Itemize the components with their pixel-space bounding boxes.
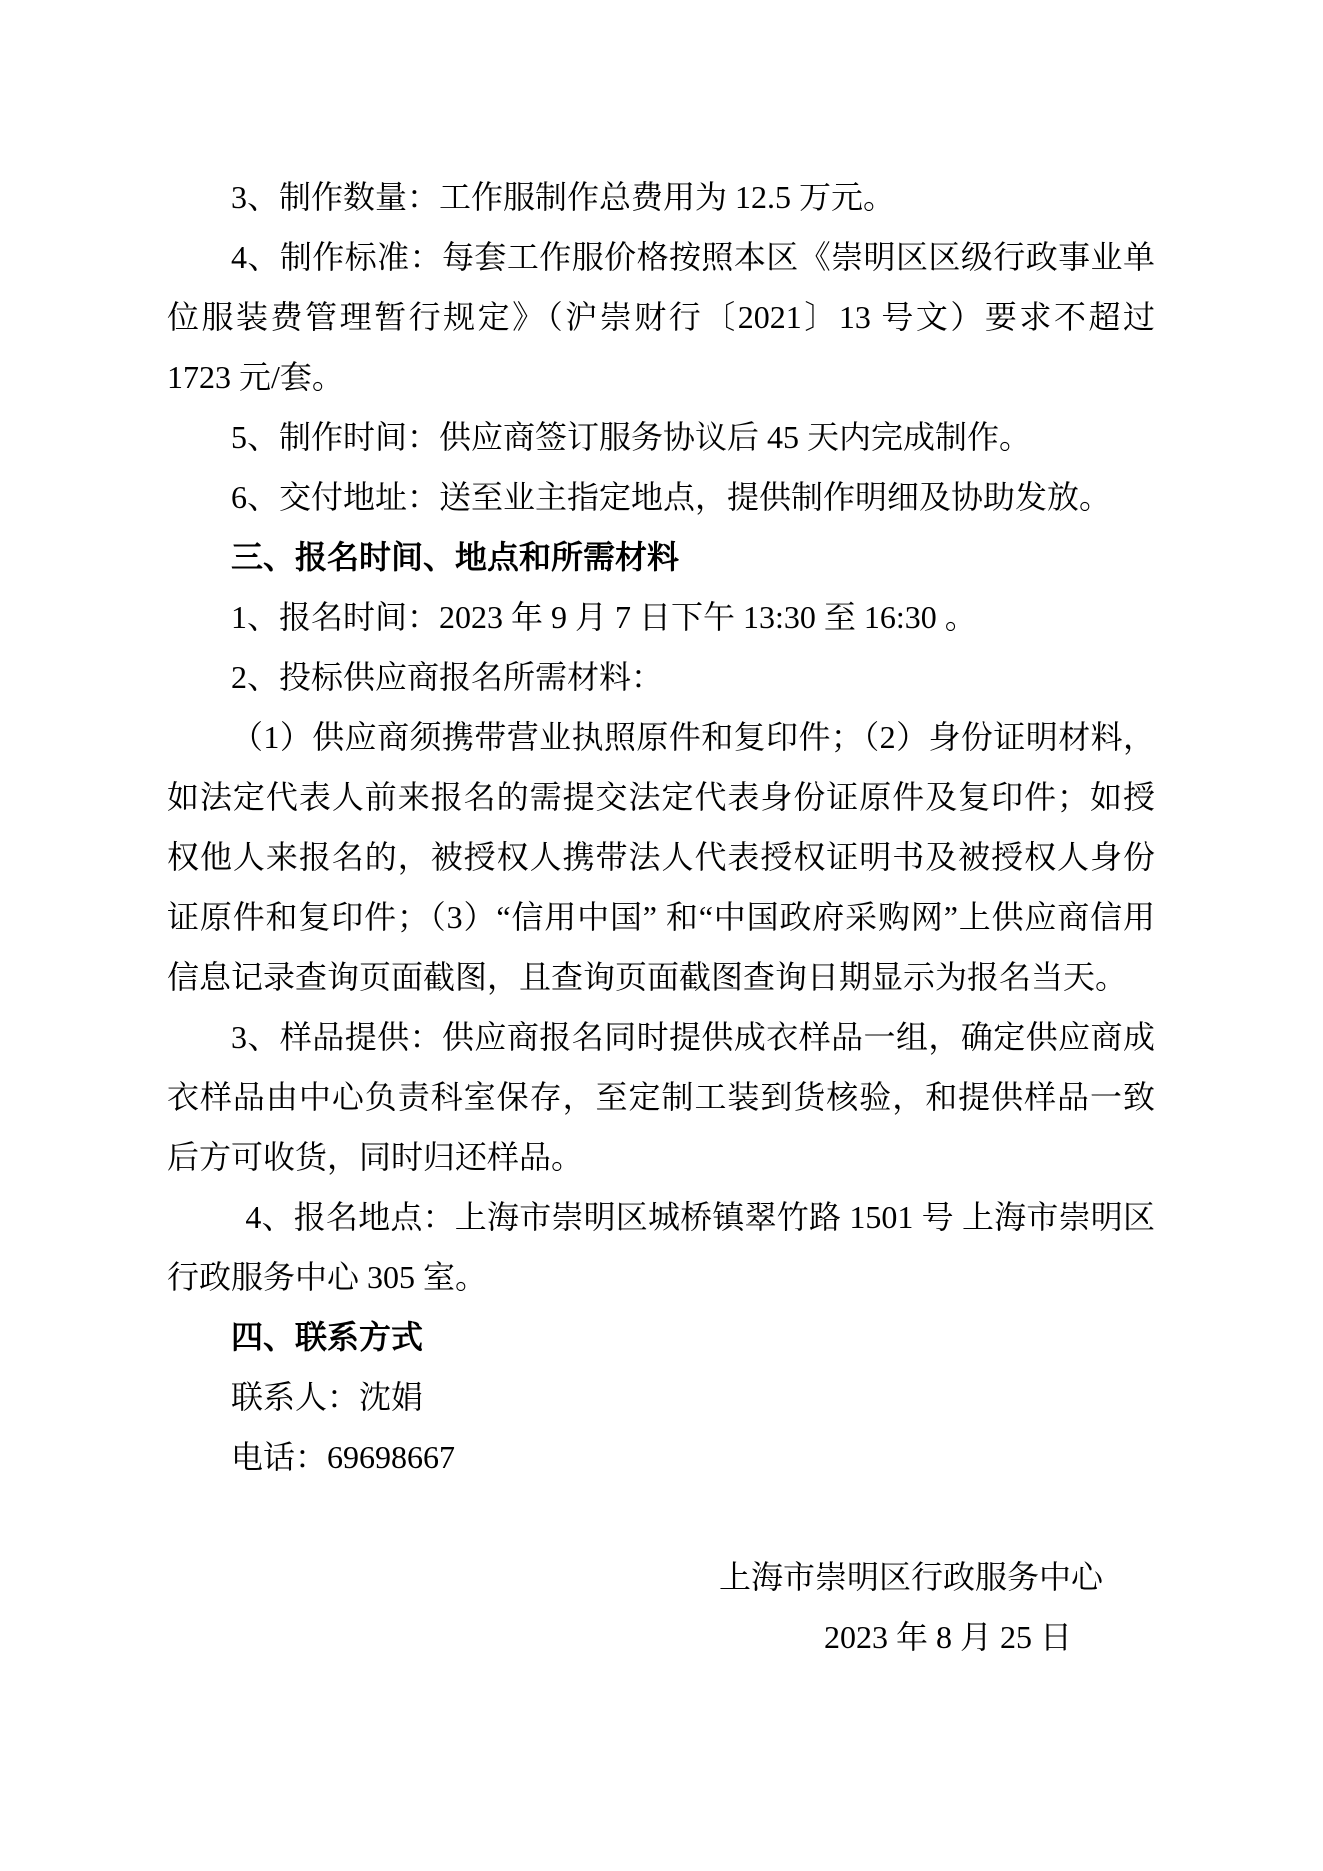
para-delivery-address: 6、交付地址：送至业主指定地点，提供制作明细及协助发放。 xyxy=(167,467,1155,527)
section-heading-registration: 三、报名时间、地点和所需材料 xyxy=(167,527,1155,587)
para-registration-location: 4、报名地点：上海市崇明区城桥镇翠竹路 1501 号 上海市崇明区行政服务中心 … xyxy=(167,1187,1155,1307)
para-sample-provision: 3、样品提供：供应商报名同时提供成衣样品一组，确定供应商成衣样品由中心负责科室保… xyxy=(167,1007,1155,1187)
signature-org: 上海市崇明区行政服务中心 xyxy=(167,1547,1155,1607)
para-production-quantity: 3、制作数量：工作服制作总费用为 12.5 万元。 xyxy=(167,167,1155,227)
document-page: 3、制作数量：工作服制作总费用为 12.5 万元。 4、制作标准：每套工作服价格… xyxy=(0,0,1323,1871)
para-registration-materials-intro: 2、投标供应商报名所需材料： xyxy=(167,647,1155,707)
document-body: 3、制作数量：工作服制作总费用为 12.5 万元。 4、制作标准：每套工作服价格… xyxy=(0,0,1323,1667)
para-registration-time: 1、报名时间：2023 年 9 月 7 日下午 13:30 至 16:30 。 xyxy=(167,587,1155,647)
signature-date: 2023 年 8 月 25 日 xyxy=(167,1607,1155,1667)
para-contact-person: 联系人：沈娟 xyxy=(167,1367,1155,1427)
section-heading-contact: 四、联系方式 xyxy=(167,1307,1155,1367)
blank-line xyxy=(167,1487,1155,1547)
para-contact-phone: 电话：69698667 xyxy=(167,1427,1155,1487)
para-production-standard: 4、制作标准：每套工作服价格按照本区《崇明区区级行政事业单位服装费管理暂行规定》… xyxy=(167,227,1155,407)
para-production-time: 5、制作时间：供应商签订服务协议后 45 天内完成制作。 xyxy=(167,407,1155,467)
para-registration-materials-detail: （1）供应商须携带营业执照原件和复印件；（2）身份证明材料，如法定代表人前来报名… xyxy=(167,707,1155,1007)
